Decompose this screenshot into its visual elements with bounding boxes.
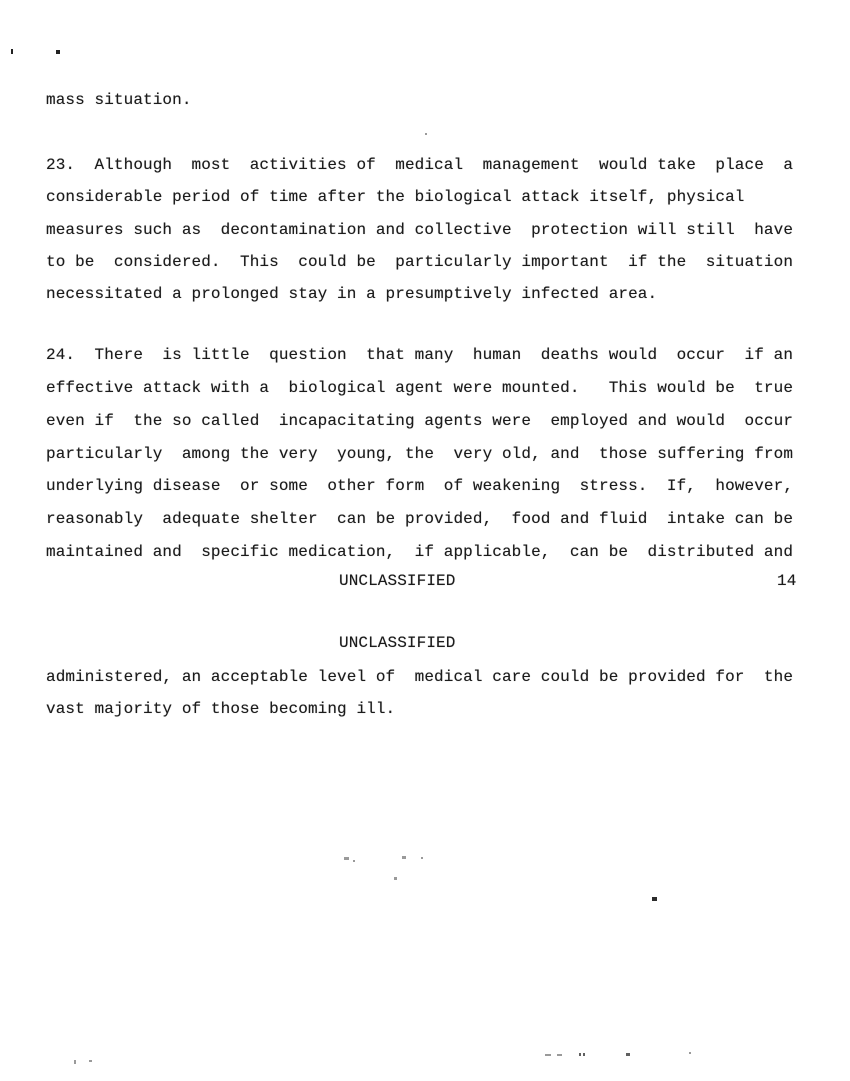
scan-speck xyxy=(394,877,397,880)
paragraph-24-line: particularly among the very young, the v… xyxy=(46,443,793,465)
scan-speck xyxy=(626,1053,630,1056)
scan-mark xyxy=(56,50,60,54)
scan-speck xyxy=(353,860,355,862)
scan-speck xyxy=(425,133,427,135)
paragraph-24-line: reasonably adequate shelter can be provi… xyxy=(46,508,793,530)
paragraph-24-line: even if the so called incapacitating age… xyxy=(46,410,793,432)
paragraph-24-line: maintained and specific medication, if a… xyxy=(46,541,793,563)
paragraph-22-last-line: mass situation. xyxy=(46,89,192,111)
paragraph-23-line: to be considered. This could be particul… xyxy=(46,251,793,273)
paragraph-23-line: measures such as decontamination and col… xyxy=(46,219,793,241)
scan-speck xyxy=(344,857,349,860)
paragraph-23-line: necessitated a prolonged stay in a presu… xyxy=(46,283,657,305)
paragraph-24-line: underlying disease or some other form of… xyxy=(46,475,793,497)
scan-speck xyxy=(583,1053,585,1056)
scan-speck xyxy=(652,897,657,901)
paragraph-23-line: 23. Although most activities of medical … xyxy=(46,154,793,176)
scan-speck xyxy=(402,856,406,859)
paragraph-23-line: considerable period of time after the bi… xyxy=(46,186,745,208)
scanned-document-page: mass situation. 23. Although most activi… xyxy=(0,0,850,1081)
page-number: 14 xyxy=(777,570,796,592)
scan-speck xyxy=(89,1060,92,1062)
paragraph-24-continuation-line: administered, an acceptable level of med… xyxy=(46,666,793,688)
footer-classification: UNCLASSIFIED xyxy=(339,570,455,592)
scan-speck xyxy=(579,1053,581,1056)
scan-speck xyxy=(557,1054,562,1056)
scan-mark xyxy=(11,49,13,54)
scan-speck xyxy=(74,1060,76,1064)
scan-speck xyxy=(689,1052,691,1054)
scan-speck xyxy=(421,857,423,859)
paragraph-24-line: effective attack with a biological agent… xyxy=(46,377,793,399)
scan-speck xyxy=(545,1054,551,1056)
paragraph-24-continuation-line: vast majority of those becoming ill. xyxy=(46,698,395,720)
page2-header-classification: UNCLASSIFIED xyxy=(339,632,455,654)
paragraph-24-line: 24. There is little question that many h… xyxy=(46,344,793,366)
